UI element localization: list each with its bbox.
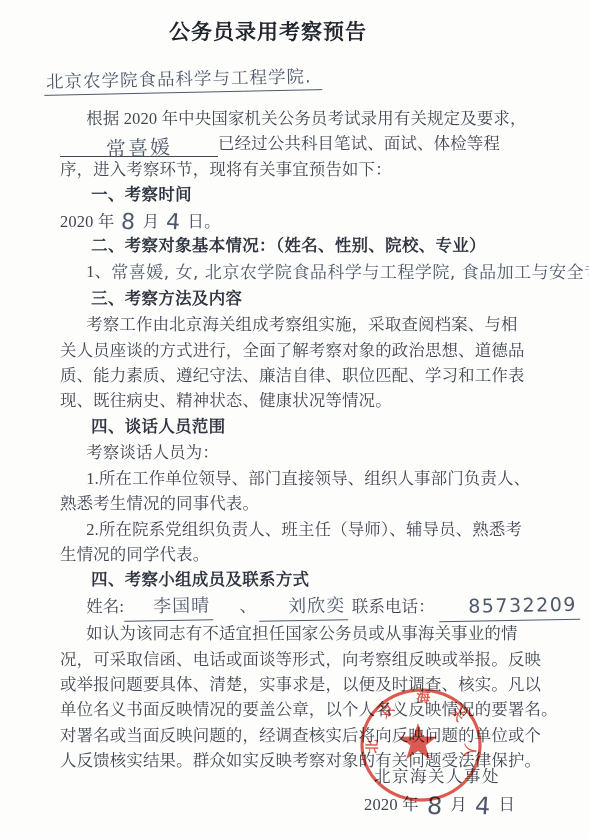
handwritten-member-name-1: 李国晴: [124, 593, 214, 622]
handwritten-member-name-2: 刘欣奕: [258, 593, 348, 622]
scanned-document-page: 公务员录用考察预告 北京农学院食品科学与工程学院. 根据 2020 年中央国家机…: [0, 0, 589, 839]
signature-date-mid: 月: [450, 795, 467, 814]
member-name-separator: 、: [213, 593, 259, 619]
report-paragraph-line-4: 单位名义书面反映情况的要盖公章，以个人名义反映情况的要署名。: [60, 697, 528, 722]
signature-date-suffix: 日: [499, 795, 516, 814]
signature-date-prefix: 2020 年: [364, 795, 419, 814]
handwritten-phone-1: 85732209: [439, 592, 580, 622]
handwritten-candidate-info: 常喜媛, 女, 北京农学院食品科学与工程学院, 食品加工与安全专业.: [111, 263, 589, 283]
intro-line-2: 常喜媛已经过公共科目笔试、面试、体检等程: [60, 131, 528, 156]
page-title: 公务员录用考察预告: [34, 16, 502, 46]
signature-organization: 北京海关人事处: [374, 764, 500, 789]
handwritten-signature-day: 4: [474, 793, 491, 818]
handwritten-month: 8: [121, 211, 137, 234]
contact-line: 姓名:李国晴、刘欣奕联系电话：85732209、85736252: [60, 594, 528, 621]
method-paragraph-line-4: 现、既往病史、精神状态、健康状况等情况。: [60, 388, 528, 413]
signature-date-line: 2020 年8月4日: [364, 792, 515, 818]
name-blank-underline: 常喜媛: [60, 134, 218, 157]
report-paragraph-line-1: 如认为该同志有不适宜担任国家公务员或从事海关事业的情: [60, 621, 528, 646]
report-paragraph-line-2: 况，可采取信函、电话或面谈等形式，向考察组反映或举报。反映: [60, 647, 528, 672]
intro-line-2-text: 已经过公共科目笔试、面试、体检等程: [218, 134, 500, 153]
method-paragraph-line-1: 考察工作由北京海关组成考察组实施，采取查阅档案、与相: [60, 312, 528, 337]
section-2-heading: 二、考察对象基本情况：（姓名、性别、院校、专业）: [60, 234, 528, 259]
date-mid: 月: [143, 212, 160, 231]
phone-separator: 、: [580, 593, 589, 619]
report-paragraph-line-3: 或举报问题要具体、清楚，实事求是，以便及时调查、核实。凡以: [60, 672, 528, 697]
handwritten-candidate-name: 常喜媛: [106, 135, 173, 163]
name-label: 姓名:: [86, 597, 124, 616]
item-number: 1、: [86, 262, 111, 281]
handwritten-school-line: 北京农学院食品科学与工程学院.: [44, 66, 528, 96]
candidate-info-line: 1、常喜媛, 女, 北京农学院食品科学与工程学院, 食品加工与安全专业.: [60, 259, 528, 286]
handwritten-signature-month: 8: [426, 793, 443, 818]
intro-line-1: 根据 2020 年中央国家机关公务员考试录用有关规定及要求，: [60, 106, 528, 131]
section-4-heading: 四、谈话人员范围: [60, 415, 528, 440]
interviewee-intro-line: 考察谈话人员为：: [60, 440, 528, 465]
section-1-heading: 一、考察时间: [60, 183, 528, 208]
inspection-date-line: 2020 年8月4日。: [60, 209, 528, 234]
section-3-heading: 三、考察方法及内容: [60, 287, 528, 312]
interviewee-item-2-line-2: 生情况的同学代表。: [60, 542, 528, 567]
date-suffix: 日。: [187, 212, 220, 231]
interviewee-item-2-line-1: 2.所在院系党组织负责人、班主任（导师）、辅导员、熟悉考: [60, 517, 528, 542]
method-paragraph-line-2: 关人员座谈的方式进行，全面了解考察对象的政治思想、道德品: [60, 338, 528, 363]
handwritten-day: 4: [166, 211, 182, 234]
interviewee-item-1-line-2: 熟悉考生情况的同事代表。: [60, 491, 528, 516]
section-5-heading: 四、考察小组成员及联系方式: [60, 568, 528, 593]
report-paragraph-line-5: 对署名或当面反映问题的，经调查核实后将向反映问题的单位或个: [60, 723, 528, 748]
interviewee-item-1-line-1: 1.所在工作单位领导、部门直接领导、组织人事部门负责人、: [60, 466, 528, 491]
date-prefix: 2020 年: [60, 212, 114, 231]
phone-label: 联系电话：: [352, 597, 435, 616]
handwritten-school-text: 北京农学院食品科学与工程学院.: [44, 63, 322, 96]
method-paragraph-line-3: 质、能力素质、遵纪守法、廉洁自律、职位匹配、学习和工作表: [60, 363, 528, 388]
